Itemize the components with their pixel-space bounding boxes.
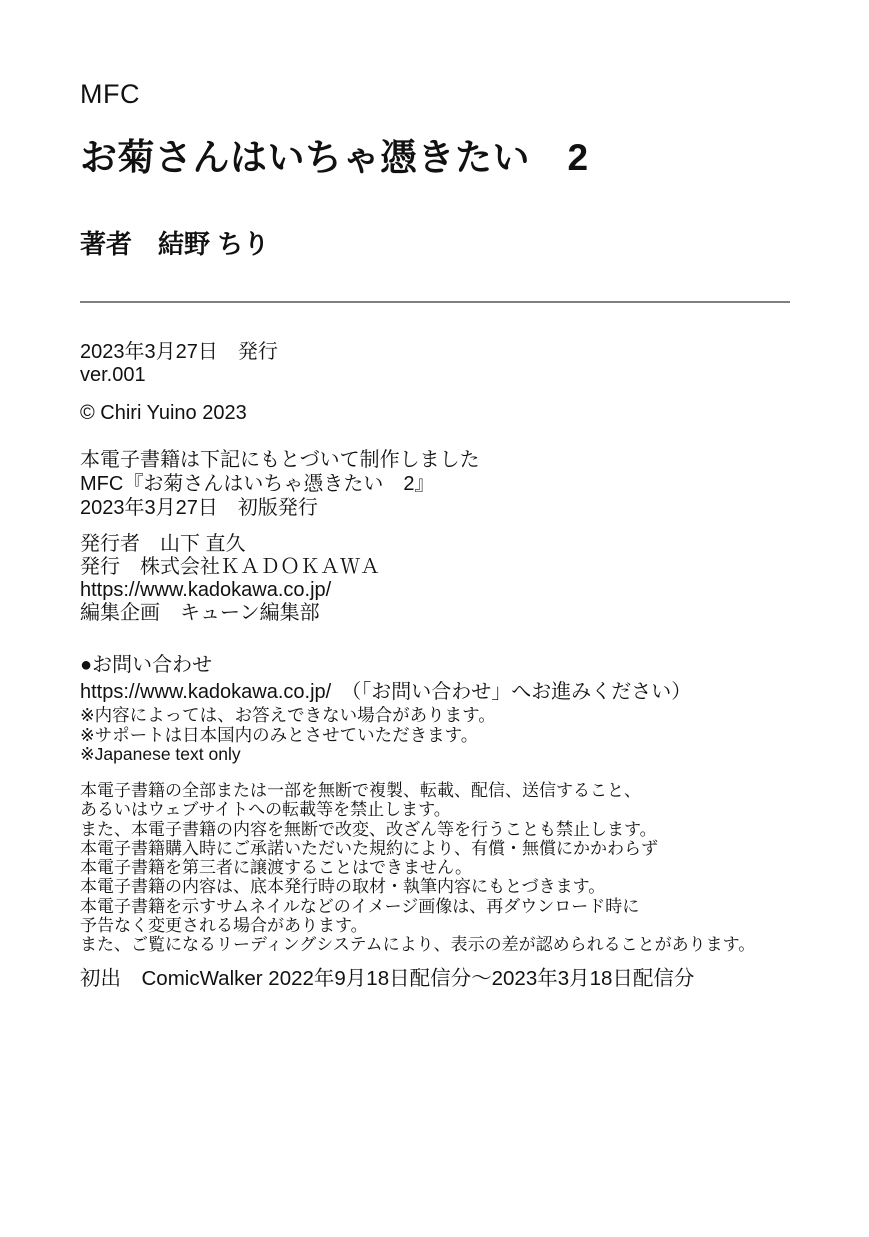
legal-line: また、ご覧になるリーディングシステムにより、表示の差が認められることがあります。 [80,935,790,954]
legal-line: 本電子書籍の全部または一部を無断で複製、転載、配信、送信すること、 [80,781,790,800]
legal-line: 本電子書籍購入時にご承諾いただいた規約により、有償・無償にかかわらず [80,839,790,858]
colophon-page: MFC お菊さんはいちゃ憑きたい 2 著者 結野 ちり 2023年3月27日 発… [0,0,869,1237]
legal-notice-block: 本電子書籍の全部または一部を無断で複製、転載、配信、送信すること、 あるいはウェ… [80,781,790,955]
legal-line: 本電子書籍を示すサムネイルなどのイメージ画像は、再ダウンロード時に [80,897,790,916]
legal-line: また、本電子書籍の内容を無断で改変、改ざん等を行うことも禁止します。 [80,820,790,839]
first-publication-line: 初出 ComicWalker 2022年9月18日配信分～2023年3月18日配… [80,966,790,991]
publisher-company: 発行 株式会社ＫＡＤＯＫＡＷＡ [80,556,790,579]
contact-notes: ※内容によっては、お答えできない場合があります。 ※サポートは日本国内のみとさせ… [80,706,790,765]
legal-line: 本電子書籍を第三者に譲渡することはできません。 [80,858,790,877]
contact-note-line: ※内容によっては、お答えできない場合があります。 [80,706,790,726]
edition-block: 2023年3月27日 発行 ver.001 [80,341,790,387]
publisher-url: https://www.kadokawa.co.jp/ [80,579,790,602]
legal-line: 予告なく変更される場合があります。 [80,916,790,935]
contact-note-line: ※サポートは日本国内のみとさせていただきます。 [80,726,790,746]
contact-heading: ●お問い合わせ [80,653,790,677]
legal-line: あるいはウェブサイトへの転載等を禁止します。 [80,800,790,819]
production-note-line: 2023年3月27日 初版発行 [80,496,790,520]
production-note-line: 本電子書籍は下記にもとづいて制作しました [80,448,790,472]
author-line: 著者 結野 ちり [80,226,790,262]
contact-note-line: ※Japanese text only [80,745,790,765]
issue-date: 2023年3月27日 発行 [80,341,790,364]
production-note-block: 本電子書籍は下記にもとづいて制作しました MFC『お菊さんはいちゃ憑きたい 2』… [80,448,790,520]
contact-url-line: https://www.kadokawa.co.jp/ （「お問い合わせ」へお進… [80,680,790,704]
imprint-label: MFC [80,78,790,110]
copyright-line: © Chiri Yuino 2023 [80,402,790,425]
production-note-line: MFC『お菊さんはいちゃ憑きたい 2』 [80,472,790,496]
book-title: お菊さんはいちゃ憑きたい 2 [80,134,790,182]
version-label: ver.001 [80,364,790,387]
legal-line: 本電子書籍の内容は、底本発行時の取材・執筆内容にもとづきます。 [80,877,790,896]
publisher-person: 発行者 山下 直久 [80,533,790,556]
divider-rule [80,301,790,303]
publication-block: 発行者 山下 直久 発行 株式会社ＫＡＤＯＫＡＷＡ https://www.ka… [80,533,790,625]
editorial-dept: 編集企画 キューン編集部 [80,602,790,625]
